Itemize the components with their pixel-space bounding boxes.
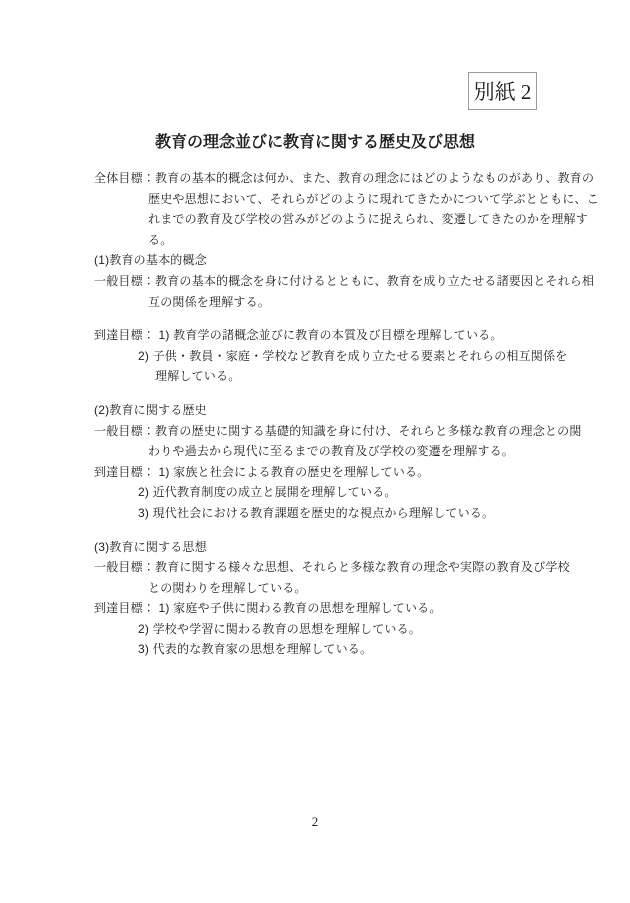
text-line: 一般目標：教育に関する様々な思想、それらと多様な教育の理念や実際の教育及び学校 — [94, 557, 590, 578]
section-heading: (2)教育に関する歴史 — [94, 400, 590, 421]
text-line: 到達目標： 1) 家庭や子供に関わる教育の思想を理解している。 — [94, 598, 590, 619]
text-line: 3) 現代社会における教育課題を歴史的な視点から理解している。 — [94, 503, 590, 524]
text-line: 一般目標：教育の基本的概念を身に付けるとともに、教育を成り立たせる諸要因とそれら… — [94, 271, 590, 292]
text-line: 2) 近代教育制度の成立と展開を理解している。 — [94, 482, 590, 503]
document-page: 別紙 2 教育の理念並びに教育に関する歴史及び思想 全体目標：教育の基本的概念は… — [0, 0, 630, 903]
text-line: 2) 学校や学習に関わる教育の思想を理解している。 — [94, 619, 590, 640]
text-line: わりや過去から現代に至るまでの教育及び学校の変遷を理解する。 — [94, 441, 590, 462]
text-line: 歴史や思想において、それらがどのように現れてきたかについて学ぶとともに、こ — [94, 189, 590, 210]
document-body: 全体目標：教育の基本的概念は何か、また、教育の理念にはどのようなものがあり、教育… — [0, 168, 630, 660]
text-line: 互の関係を理解する。 — [94, 292, 590, 313]
section-heading: (1)教育の基本的概念 — [94, 250, 590, 271]
text-line: 到達目標： 1) 教育学の諸概念並びに教育の本質及び目標を理解している。 — [94, 325, 590, 346]
text-line: る。 — [94, 230, 590, 251]
text-line: 理解している。 — [94, 366, 590, 387]
text-line: 到達目標： 1) 家族と社会による教育の歴史を理解している。 — [94, 462, 590, 483]
attachment-tag: 別紙 2 — [468, 72, 537, 110]
text-line: 一般目標：教育の歴史に関する基礎的知識を身に付け、それらと多様な教育の理念との関 — [94, 421, 590, 442]
text-line: との関わりを理解している。 — [94, 578, 590, 599]
text-line: 2) 子供・教員・家庭・学校など教育を成り立たせる要素とそれらの相互関係を — [94, 346, 590, 367]
blank-line — [94, 312, 590, 325]
section-heading: (3)教育に関する思想 — [94, 537, 590, 558]
text-line: れまでの教育及び学校の営みがどのように捉えられ、変遷してきたのかを理解す — [94, 209, 590, 230]
page-number: 2 — [0, 814, 630, 830]
text-line: 3) 代表的な教育家の思想を理解している。 — [94, 639, 590, 660]
blank-line — [94, 524, 590, 537]
text-line: 全体目標：教育の基本的概念は何か、また、教育の理念にはどのようなものがあり、教育… — [94, 168, 590, 189]
blank-line — [94, 387, 590, 400]
